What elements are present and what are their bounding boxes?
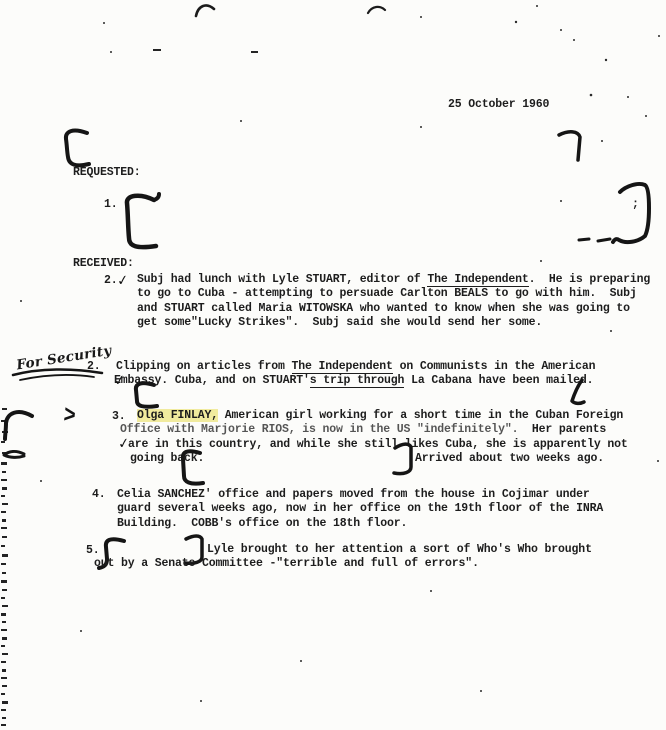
checkmark-icon: ✓ bbox=[116, 272, 130, 289]
underlined-title: The Independent bbox=[427, 273, 528, 287]
text-segment: on Communists in the American bbox=[393, 360, 596, 373]
entry-3-finlay-number: 3. bbox=[112, 410, 126, 423]
entry-4-sanchez-line-3: Building. COBB's office on the 18th floo… bbox=[117, 517, 407, 530]
text-segment: Subj had lunch with Lyle STUART, editor … bbox=[137, 273, 427, 286]
pen-bracket-top-right-small-icon bbox=[552, 126, 586, 166]
entry-2-lunch-line-2: to go to Cuba - attempting to persuade C… bbox=[137, 287, 637, 300]
entry-5-line-2: out by a Senate Committee -"terrible and… bbox=[94, 557, 479, 570]
pen-bracket-left-margin-icon bbox=[0, 404, 38, 466]
entry-2-lunch-line-3: and STUART called Maria WITOWSKA who wan… bbox=[137, 302, 630, 315]
requested-label: REQUESTED: bbox=[73, 166, 141, 179]
received-label: RECEIVED: bbox=[73, 257, 134, 270]
entry-2-clipping-number: 2. bbox=[87, 360, 101, 373]
entry-3-finlay-line-4b: Arrived about two weeks ago. bbox=[415, 452, 604, 465]
document-date: 25 October 1960 bbox=[448, 98, 549, 111]
pen-stroke-over-mailed-icon bbox=[562, 376, 592, 410]
entry-2-lunch-line-1: Subj had lunch with Lyle STUART, editor … bbox=[137, 273, 650, 286]
scanned-memo-page: 25 October 1960 REQUESTED: 1. ; RECEIVED… bbox=[0, 0, 666, 730]
text-segment: American girl working for a short time i… bbox=[218, 409, 623, 422]
redaction-bracket-item-1-icon bbox=[112, 190, 164, 256]
entry-2-clipping-line-2: Embassy. Cuba, and on STUART's trip thro… bbox=[114, 374, 593, 387]
text-segment: Clipping on articles from bbox=[116, 360, 292, 373]
entry-4-sanchez-number: 4. bbox=[92, 488, 106, 501]
smudged-text: Office with Marjorie RIOS, is now in the… bbox=[120, 423, 518, 436]
entry-2-clipping-line-1: Clipping on articles from The Independen… bbox=[116, 360, 595, 373]
pen-bracket-below-clipping-icon bbox=[126, 379, 162, 411]
redaction-bracket-right-icon bbox=[570, 176, 662, 254]
entry-4-sanchez-line-2: guard several weeks ago, now in her offi… bbox=[117, 502, 603, 515]
entry-3-finlay-line-2: Office with Marjorie RIOS, is now in the… bbox=[120, 423, 606, 436]
entry-2-lunch-line-4: get some"Lucky Strikes". Subj said she w… bbox=[137, 316, 542, 329]
redaction-bracket-open-icon bbox=[174, 446, 206, 488]
text-segment: Her parents bbox=[518, 423, 606, 436]
entry-3-finlay-line-1: Olga FINLAY, American girl working for a… bbox=[137, 409, 623, 422]
redaction-bracket-close-icon bbox=[390, 439, 416, 479]
checkmark-icon: ✓ bbox=[113, 372, 127, 389]
underlined-title: The Independent bbox=[292, 360, 393, 374]
text-segment: . He is preparing bbox=[529, 273, 651, 286]
semicolon-mark: ; bbox=[632, 198, 639, 211]
entry-4-sanchez-line-1: Celia SANCHEZ' office and papers moved f… bbox=[117, 488, 590, 501]
highlighted-name: Olga FINLAY, bbox=[137, 409, 218, 422]
underlined-text: s trip through bbox=[310, 374, 405, 388]
entry-5-line-1: Lyle brought to her attention a sort of … bbox=[207, 543, 592, 556]
